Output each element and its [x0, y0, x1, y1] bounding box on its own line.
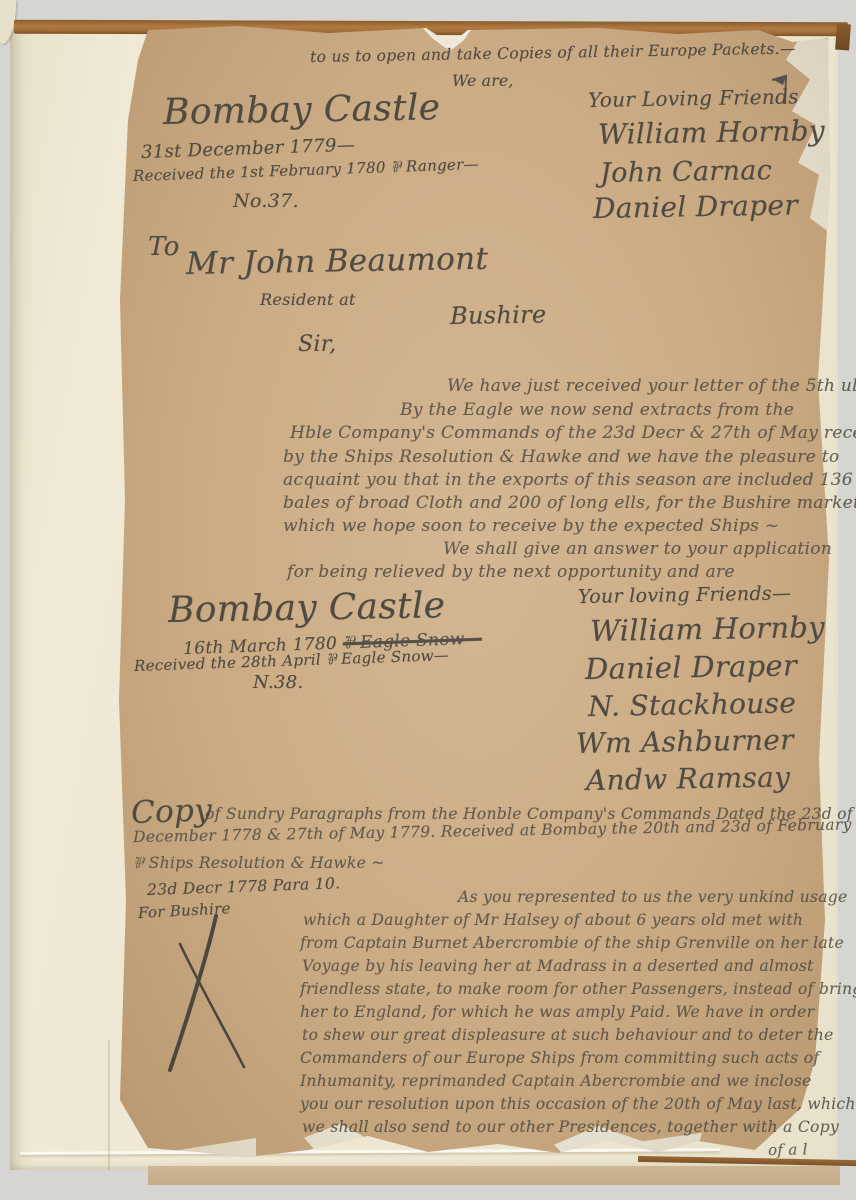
- letter1-body-line: We have just received your letter of the…: [447, 376, 856, 396]
- page-fold-line: [108, 1040, 110, 1170]
- catchword: of a l: [768, 1140, 808, 1159]
- letter1-body-line: Hble Company's Commands of the 23d Decr …: [290, 423, 856, 443]
- copy-body-line: to shew our great displeasure at such be…: [302, 1026, 834, 1044]
- letter1-body-line: We shall give an answer to your applicat…: [443, 539, 832, 559]
- copy-body-line: Inhumanity, reprimanded Captain Abercrom…: [300, 1072, 812, 1090]
- copy-body-line: you our resolution upon this occasion of…: [300, 1095, 856, 1113]
- letter1-addressee: Mr John Beaumont: [186, 241, 489, 282]
- signature: Andw Ramsay: [586, 760, 791, 797]
- signature: Daniel Draper: [593, 188, 798, 225]
- letter1-closing: Your Loving Friends: [588, 84, 799, 112]
- copy-body-line: friendless state, to make room for other…: [300, 980, 856, 998]
- letter2-place: Bombay Castle: [168, 585, 446, 631]
- signature: Wm Ashburner: [576, 723, 794, 760]
- scanned-manuscript-page: to us to open and take Copies of all the…: [0, 0, 856, 1200]
- copy-body-line: we shall also send to our other Presiden…: [302, 1118, 839, 1136]
- copy-body-line: Voyage by his leaving her at Madrass in …: [302, 957, 814, 975]
- signature: William Hornby: [598, 114, 825, 151]
- letter1-to-label: To: [148, 232, 180, 262]
- copy-body-line: Commanders of our Europe Ships from comm…: [300, 1049, 819, 1067]
- copy-body-line: from Captain Burnet Abercrombie of the s…: [300, 934, 844, 952]
- signature: William Hornby: [590, 610, 825, 648]
- marginalia-we-are: We are,: [452, 72, 514, 90]
- copy-heading-line: ⅌ Ships Resolution & Hawke ~: [133, 851, 385, 873]
- next-leaf-edge: [148, 1166, 840, 1185]
- signature: Daniel Draper: [585, 648, 798, 686]
- copy-body-line: her to England, for which he was amply P…: [300, 1003, 814, 1021]
- letter2-closing: Your loving Friends—: [578, 582, 792, 608]
- letter1-place: Bombay Castle: [163, 87, 441, 133]
- copy-body-line: which a Daughter of Mr Halsey of about 6…: [303, 911, 803, 929]
- signature: N. Stackhouse: [588, 686, 797, 723]
- letter1-addressee-place: Bushire: [450, 300, 547, 330]
- x-mark: [158, 912, 268, 1077]
- signature: John Carnac: [600, 155, 773, 189]
- letter1-salutation: Sir,: [298, 332, 336, 357]
- copy-body-line: As you represented to us the very unkind…: [458, 888, 847, 906]
- letter1-body-line: for being relieved by the next opportuni…: [287, 562, 735, 582]
- binding-edge-corner: [835, 24, 851, 51]
- letter1-addressee-role: Resident at: [260, 290, 356, 309]
- letter1-body-line: By the Eagle we now send extracts from t…: [400, 400, 794, 420]
- letter1-body-line: acquaint you that in the exports of this…: [283, 470, 853, 490]
- letter1-body-line: bales of broad Cloth and 200 of long ell…: [283, 493, 856, 513]
- letter1-number: No.37.: [233, 190, 299, 212]
- letter2-number: N.38.: [253, 672, 303, 693]
- letter1-body-line: which we hope soon to receive by the exp…: [283, 516, 779, 536]
- letter1-body-line: by the Ships Resolution & Hawke and we h…: [283, 447, 839, 467]
- copy-label: Copy: [130, 792, 212, 831]
